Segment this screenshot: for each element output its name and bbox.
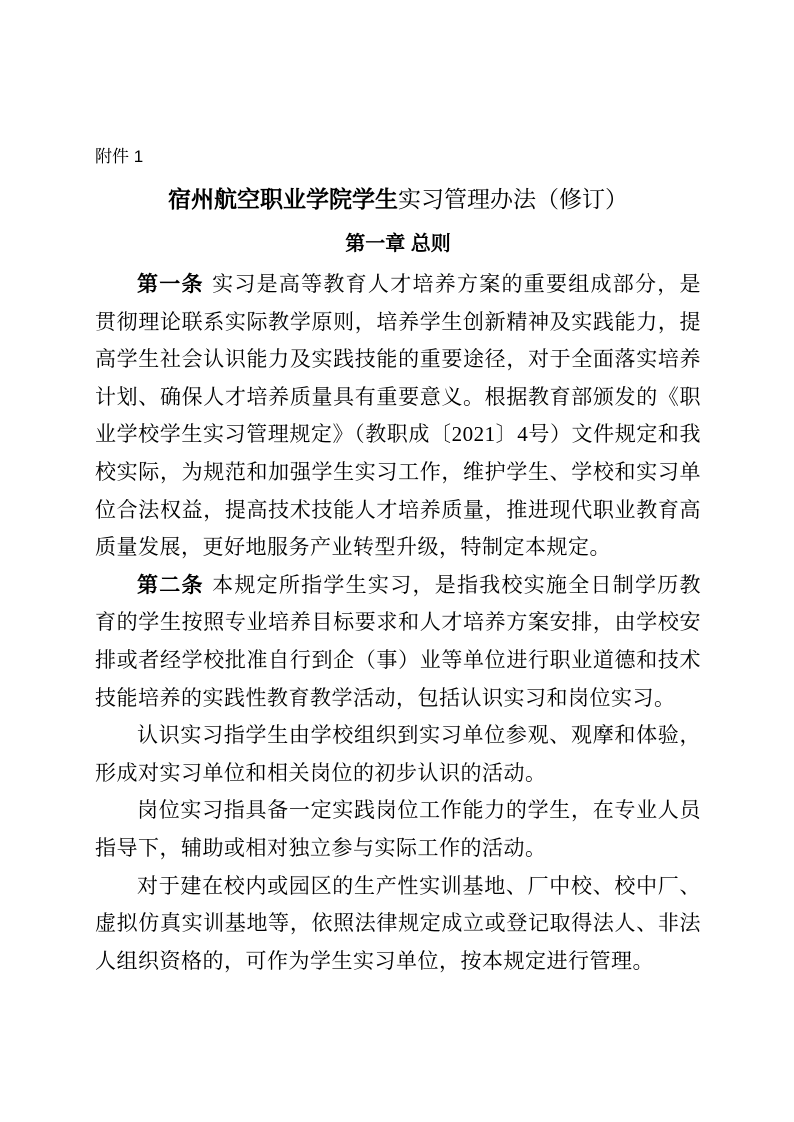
paragraph-text: 对于建在校内或园区的生产性实训基地、厂中校、校中厂、虚拟仿真实训基地等，依照法律…: [95, 874, 701, 973]
article-number-label: 第一条: [137, 272, 204, 296]
paragraph-text: 岗位实习指具备一定实践岗位工作能力的学生，在专业人员指导下，辅助或相对独立参与实…: [95, 798, 701, 860]
paragraph: 第二条本规定所指学生实习，是指我校实施全日制学历教育的学生按照专业培养目标要求和…: [95, 567, 701, 717]
document-content: 附件 1 宿州航空职业学院学生实习管理办法（修订） 第一章 总则 第一条实习是高…: [95, 146, 701, 980]
document-title-school-part: 宿州航空职业学院学生: [168, 187, 398, 212]
chapter-heading: 第一章 总则: [95, 230, 701, 258]
document-body: 第一条实习是高等教育人才培养方案的重要组成部分，是贯彻理论联系实际教学原则，培养…: [95, 266, 701, 980]
paragraph: 第一条实习是高等教育人才培养方案的重要组成部分，是贯彻理论联系实际教学原则，培养…: [95, 266, 701, 567]
document-title-rest-part: 实习管理办法（修订）: [398, 187, 628, 212]
paragraph: 岗位实习指具备一定实践岗位工作能力的学生，在专业人员指导下，辅助或相对独立参与实…: [95, 792, 701, 867]
paragraph-text: 认识实习指学生由学校组织到实习单位参观、观摩和体验，形成对实习单位和相关岗位的初…: [95, 723, 701, 785]
document-page: 附件 1 宿州航空职业学院学生实习管理办法（修订） 第一章 总则 第一条实习是高…: [0, 0, 794, 1122]
document-title: 宿州航空职业学院学生实习管理办法（修订）: [95, 184, 701, 216]
paragraph: 对于建在校内或园区的生产性实训基地、厂中校、校中厂、虚拟仿真实训基地等，依照法律…: [95, 868, 701, 981]
attachment-label: 附件 1: [95, 146, 701, 168]
article-number-label: 第二条: [137, 573, 204, 597]
paragraph-text: 实习是高等教育人才培养方案的重要组成部分，是贯彻理论联系实际教学原则，培养学生创…: [95, 272, 701, 559]
paragraph: 认识实习指学生由学校组织到实习单位参观、观摩和体验，形成对实习单位和相关岗位的初…: [95, 717, 701, 792]
